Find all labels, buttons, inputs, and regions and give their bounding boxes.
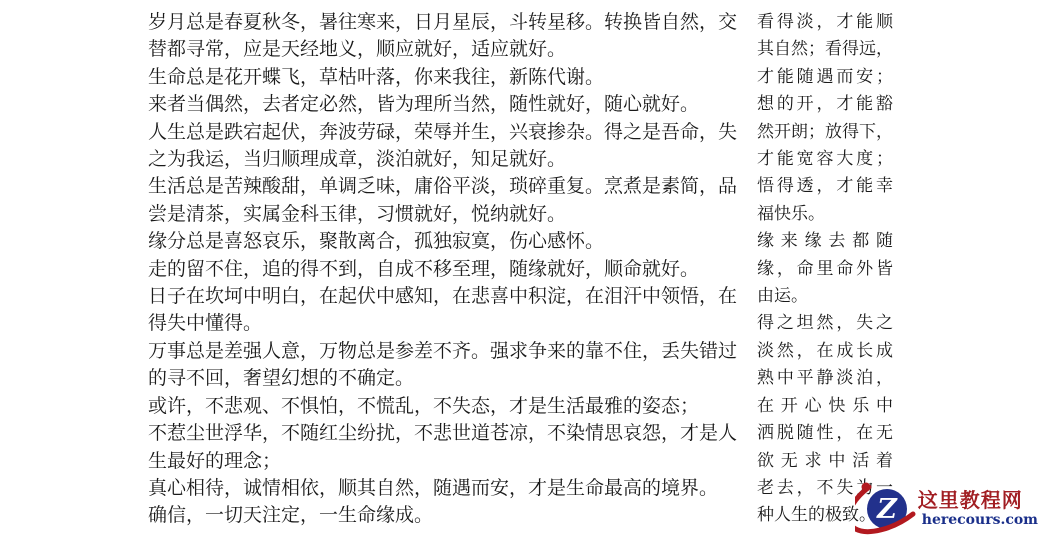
text-line: 生命总是花开蝶飞，草枯叶落，你来我往，新陈代谢。 <box>148 64 740 91</box>
text-line: 生最好的理念； <box>148 448 740 475</box>
text-line: 的寻不回，奢望幻想的不确定。 <box>148 365 740 392</box>
text-line: 来者当偶然，去者定必然，皆为理所当然，随性就好，随心就好。 <box>148 91 740 118</box>
text-line: 之为我运，当归顺理成章，淡泊就好，知足就好。 <box>148 146 740 173</box>
site-logo: Z 这里教程网 herecours.com <box>855 480 1038 537</box>
text-line: 缘分总是喜怒哀乐，聚散离合，孤独寂寞，伤心感怀。 <box>148 228 740 255</box>
text-line: 人生总是跌宕起伏，奔波劳碌，荣辱并生，兴衰掺杂。得之是吾命，失 <box>148 119 740 146</box>
text-line: 不惹尘世浮华，不随红尘纷扰，不悲世道苍凉，不染情思哀怨，才是人 <box>148 420 740 447</box>
text-line: 真心相待，诚情相依，顺其自然，随遇而安，才是生命最高的境界。 <box>148 475 740 502</box>
text-line: 然开朗；放得下， <box>757 119 893 146</box>
text-line: 欲无求中活着 <box>757 448 893 475</box>
text-line: 想的开，才能豁 <box>757 91 893 118</box>
text-line: 缘来缘去都随 <box>757 228 893 255</box>
text-line: 在开心快乐中 <box>757 393 893 420</box>
text-line: 得失中懂得。 <box>148 310 740 337</box>
text-line: 尝是清茶，实属金科玉律，习惯就好，悦纳就好。 <box>148 201 740 228</box>
text-line: 熟中平静淡泊， <box>757 365 893 392</box>
logo-z-letter: Z <box>876 494 898 525</box>
text-line: 或许，不悲观、不惧怕，不慌乱，不失态，才是生活最雅的姿态； <box>148 393 740 420</box>
text-line: 确信，一切天注定，一生命缘成。 <box>148 502 740 529</box>
article-text-column: 岁月总是春夏秋冬，暑往寒来，日月星辰，斗转星移。转换皆自然，交 替都寻常，应是天… <box>148 9 740 530</box>
text-line: 看得淡，才能顺 <box>757 9 893 36</box>
text-line: 淡然，在成长成 <box>757 338 893 365</box>
text-line: 岁月总是春夏秋冬，暑往寒来，日月星辰，斗转星移。转换皆自然，交 <box>148 9 740 36</box>
logo-text-block: 这里教程网 herecours.com <box>918 488 1038 529</box>
text-line: 洒脱随性，在无 <box>757 420 893 447</box>
text-line: 才能随遇而安； <box>757 64 893 91</box>
side-text-column: 看得淡，才能顺 其自然；看得远， 才能随遇而安； 想的开，才能豁 然开朗；放得下… <box>757 9 893 530</box>
text-line: 悟得透，才能幸 <box>757 173 893 200</box>
text-line: 得之坦然，失之 <box>757 310 893 337</box>
text-line: 才能宽容大度； <box>757 146 893 173</box>
text-line: 由运。 <box>757 283 893 310</box>
text-line: 万事总是差强人意，万物总是参差不齐。强求争来的靠不住，丢失错过 <box>148 338 740 365</box>
site-name: 这里教程网 <box>918 488 1038 512</box>
z-orbit-logo-icon: Z <box>855 480 917 537</box>
text-line: 缘，命里命外皆 <box>757 256 893 283</box>
text-line: 其自然；看得远， <box>757 36 893 63</box>
text-line: 替都寻常，应是天经地义，顺应就好，适应就好。 <box>148 36 740 63</box>
site-domain: herecours.com <box>918 512 1038 529</box>
logo-orbit-dot <box>861 483 870 492</box>
text-line: 福快乐。 <box>757 201 893 228</box>
text-line: 日子在坎坷中明白，在起伏中感知，在悲喜中积淀，在泪汗中领悟，在 <box>148 283 740 310</box>
text-line: 生活总是苦辣酸甜，单调乏味，庸俗平淡，琐碎重复。烹煮是素简，品 <box>148 173 740 200</box>
text-line: 走的留不住，追的得不到，自成不移至理，随缘就好，顺命就好。 <box>148 256 740 283</box>
